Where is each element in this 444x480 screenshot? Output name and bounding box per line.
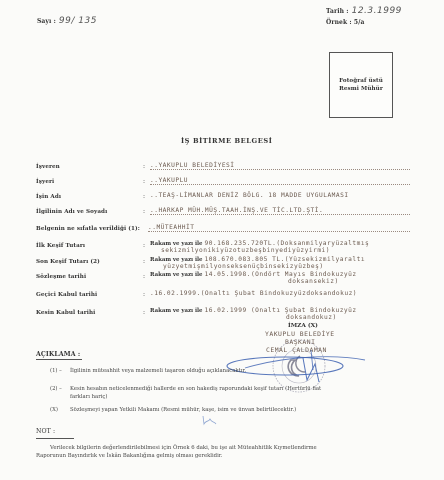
colon: : xyxy=(143,273,145,280)
sayi-label: Sayı : xyxy=(37,18,56,25)
colon: : xyxy=(143,258,145,265)
aciklama-underline xyxy=(36,359,82,360)
field-label-belge-sifat: Belgenin ne sıfatla verildiği (1): xyxy=(36,226,140,232)
field-value-isveren: ..YAKUPLU BELEDİYESİ xyxy=(150,162,410,170)
value-line1: 16.02.1999 (Onaltı Şubat Bindokuzyüz xyxy=(204,307,356,314)
value-line1: 14.05.1998.(Ondört Mayıs Bindokuzyüz xyxy=(204,271,356,278)
photo-box-line2: Resmi Mühür xyxy=(339,86,383,92)
colon: : xyxy=(143,242,145,249)
field-value-isin-adi: ..TEAŞ-LİMANLAR DENİZ BÖLG. 18 MADDE UYG… xyxy=(150,192,349,199)
field-label-isyeri: İşyeri xyxy=(36,179,54,185)
aciklama-item-2-num: (2) – xyxy=(50,386,62,392)
value-line1: 90.168.235.720TL.(Doksanmilyaryüzaltmış xyxy=(204,240,369,247)
field-value-sozlesme-tarihi: Rakam ve yazı ile 14.05.1998.(Ondört May… xyxy=(150,271,357,278)
not-underline xyxy=(36,438,74,439)
aciklama-item-1-num: (1) – xyxy=(50,368,62,374)
rakam-prefix: Rakam ve yazı ile xyxy=(150,308,202,314)
colon: : xyxy=(143,178,145,185)
field-value-isyeri: ..YAKUPLU xyxy=(150,177,410,185)
pen-mark-icon xyxy=(200,414,220,428)
field-value-belge-sifat: ..MÜTEAHHİT xyxy=(148,224,410,232)
colon: : xyxy=(143,309,145,316)
photo-box-line1: Fotoğraf üstü xyxy=(339,78,383,84)
tarih-row: Tarih : 12.3.1999 xyxy=(326,6,402,16)
aciklama-item-x-text: Sözleşmeyi yapan Yetkili Makamı (Resmi m… xyxy=(70,407,296,413)
imza-label: İMZA (X) xyxy=(288,323,318,329)
field-label-gecici-kabul: Geçici Kabul tarihi xyxy=(36,292,97,298)
aciklama-title: AÇIKLAMA : xyxy=(36,351,80,358)
aciklama-item-2-cont: farkları hariç) xyxy=(70,394,107,400)
not-line2: Raporunun Bayındırlık ve İskân Bakanlığı… xyxy=(36,453,222,459)
sayi-row: Sayı : 99/ 135 xyxy=(37,16,97,26)
aciklama-item-x-num: (X) xyxy=(50,407,58,413)
field-value-ilgilinin-adi: ..HARKAP MÜH.MÜŞ.TAAH.İNŞ.VE TİC.LTD.ŞTİ… xyxy=(150,207,410,215)
field-value-ilk-kesif-cont: sekizmilyonikiyüzotuzbeşbinyediyüzyirmi) xyxy=(161,247,330,254)
not-line1: Verilecek bilgilerin değerlendirilebilme… xyxy=(50,445,317,451)
value-line1: 108.670.083.805 TL.(Yüzsekizmilyaraltı xyxy=(204,256,365,263)
field-value-gecici-kabul: .16.02.1999.(Onaltı Şubat Bindokuzyüzdok… xyxy=(150,290,357,297)
field-label-ilgilinin-adi: İlgilinin Adı ve Soyadı xyxy=(36,209,107,215)
field-value-son-kesif: Rakam ve yazı ile 108.670.083.805 TL.(Yü… xyxy=(150,256,365,263)
field-value-ilk-kesif: Rakam ve yazı ile 90.168.235.720TL.(Doks… xyxy=(150,240,369,247)
aciklama-item-1-text: İlgilinin müteahhit veya malzemeli taşar… xyxy=(70,368,246,374)
not-title: NOT : xyxy=(36,428,55,435)
colon: : xyxy=(143,291,145,298)
colon: : xyxy=(143,163,145,170)
field-label-son-kesif: Son Keşif Tutarı (2) xyxy=(36,259,100,265)
tarih-label: Tarih : xyxy=(326,8,349,15)
field-value-son-kesif-cont: yüzyetmişmilyonseksenüçbinsekizyüzbeş) xyxy=(163,263,324,270)
field-value-kesin-kabul-cont: doksandokuz) xyxy=(286,314,337,321)
field-value-kesin-kabul: Rakam ve yazı ile 16.02.1999 (Onaltı Şub… xyxy=(150,307,357,314)
field-label-ilk-kesif: İlk Keşif Tutarı xyxy=(36,243,85,249)
sayi-value: 99/ 135 xyxy=(59,16,97,26)
field-value-sozlesme-tarihi-cont: doksansekiz) xyxy=(288,278,339,285)
document-title: İŞ BİTİRME BELGESİ xyxy=(181,137,272,145)
colon: : xyxy=(143,193,145,200)
field-label-isveren: İşveren xyxy=(36,164,60,170)
field-label-sozlesme-tarihi: Sözleşme tarihi xyxy=(36,274,86,280)
colon: : xyxy=(143,208,145,215)
field-label-isin-adi: İşin Adı xyxy=(36,194,61,200)
photo-stamp-box: Fotoğraf üstü Resmi Mühür xyxy=(329,52,393,118)
ornek-label: Örnek : 5/a xyxy=(326,19,364,26)
rakam-prefix: Rakam ve yazı ile xyxy=(150,272,202,278)
field-label-kesin-kabul: Kesin Kabul tarihi xyxy=(36,310,95,316)
aciklama-item-2-text: Kesin hesabın neticelenmediği hallerde e… xyxy=(70,386,321,392)
tarih-value: 12.3.1999 xyxy=(352,6,402,16)
